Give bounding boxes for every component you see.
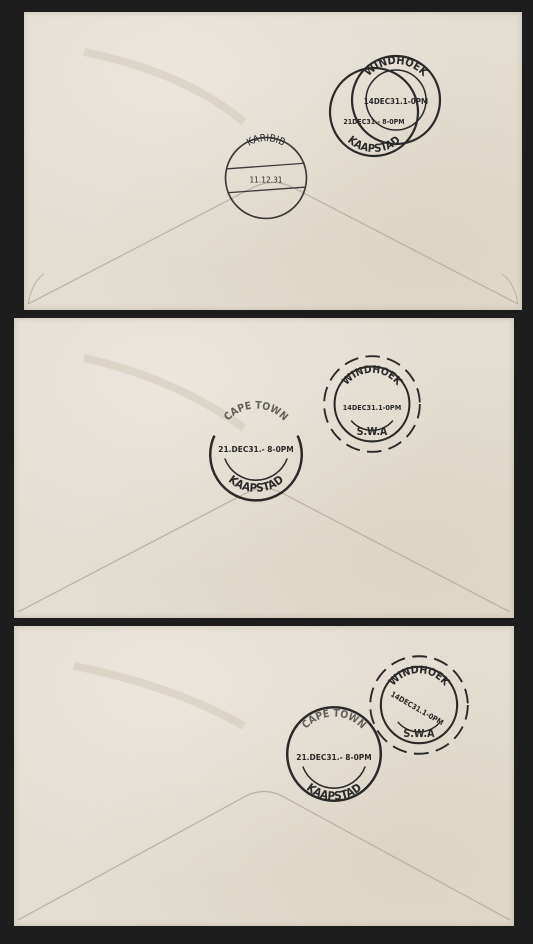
postmark-bottom: S.W.A <box>403 728 435 740</box>
postmark-town: KARIBIB <box>245 133 287 149</box>
postmark-bottom: KAAPSTAD <box>304 780 364 803</box>
postmark-date: 21.DEC31.- 8-0PM <box>218 444 293 454</box>
postmark-cape-town: KAAPSTAD 21DEC31.- 8-0PM <box>324 62 424 162</box>
postmark-date: 14DEC31.1-0PM <box>389 690 445 728</box>
cover-1: WINDHOEK 14DEC31.1-0PM KAAPSTAD 21DEC31.… <box>24 12 522 310</box>
postmark-date: 14DEC31.1-0PM <box>343 403 401 412</box>
postmark-date: 21DEC31.- 8-0PM <box>343 118 404 126</box>
svg-text:CAPE TOWN: CAPE TOWN <box>300 707 368 731</box>
svg-text:CAPE TOWN: CAPE TOWN <box>222 399 290 423</box>
postmark-bottom: KAAPSTAD <box>226 472 286 495</box>
cover-3: WINDHOEK 14DEC31.1-0PM S.W.A CAPE TOWN K… <box>14 626 514 926</box>
postmark-date: 11.12.31 <box>249 175 282 185</box>
svg-text:KAAPSTAD: KAAPSTAD <box>226 472 286 495</box>
cover-2: CAPE TOWN KAAPSTAD 21.DEC31.- 8-0PM WIND… <box>14 318 514 618</box>
postmark-town: CAPE TOWN <box>300 707 368 731</box>
postmark-cape-town: CAPE TOWN KAAPSTAD 21.DEC31.- 8-0PM <box>204 394 308 498</box>
postmark-date: 21.DEC31.- 8-0PM <box>296 752 371 762</box>
postmark-cape-town: CAPE TOWN KAAPSTAD 21.DEC31.- 8-0PM <box>282 702 386 806</box>
svg-text:KAAPSTAD: KAAPSTAD <box>304 780 364 803</box>
postmark-windhoek: WINDHOEK 14DEC31.1-0PM S.W.A <box>320 352 424 456</box>
postmark-bottom: S.W.A <box>357 426 388 438</box>
svg-text:KARIBIB: KARIBIB <box>245 133 287 149</box>
postmark-karibib: KARIBIB 11.12.31 <box>220 132 312 224</box>
postmark-town: CAPE TOWN <box>222 399 290 423</box>
